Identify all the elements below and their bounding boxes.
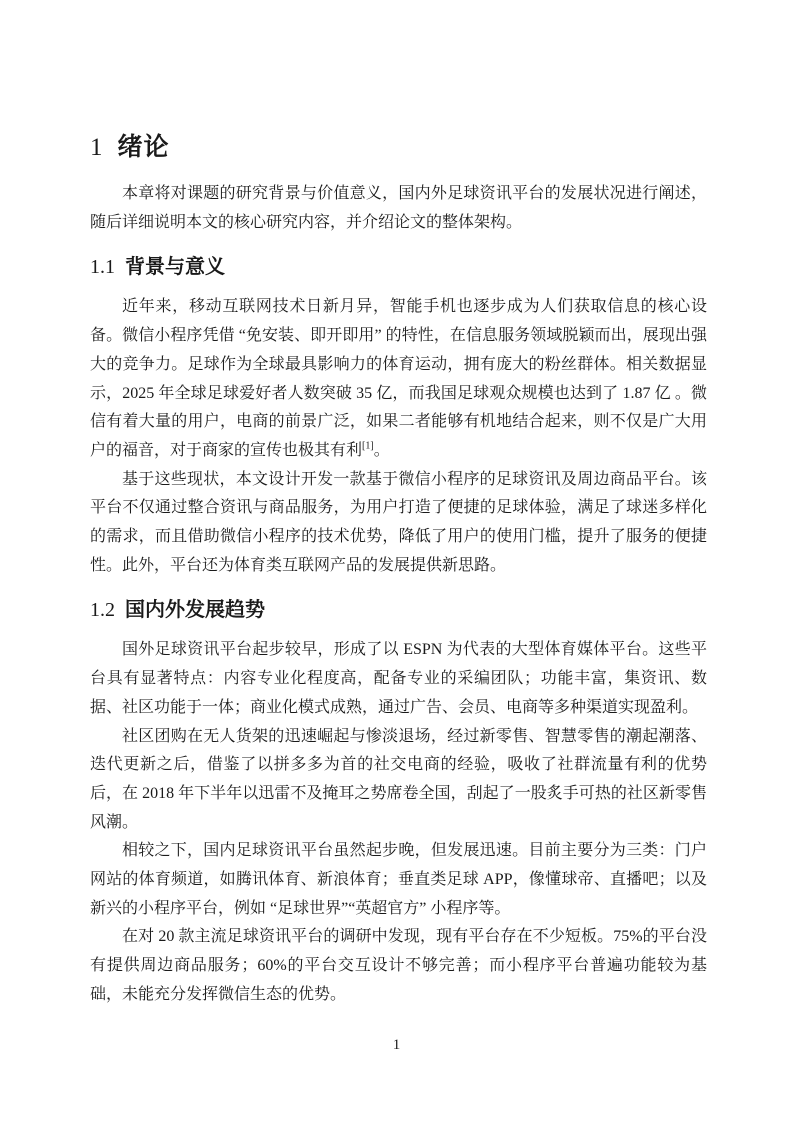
chapter-number: 1 [90,134,104,161]
section-1-1-paragraph-1: 近年来，移动互联网技术日新月异，智能手机也逐步成为人们获取信息的核心设备。微信小… [90,293,707,465]
section-1-2-heading: 1.2国内外发展趋势 [90,596,707,624]
section-1-2-title-text: 国内外发展趋势 [125,599,265,621]
chapter-intro-paragraph: 本章将对课题的研究背景与价值意义，国内外足球资讯平台的发展状况进行阐述，随后详细… [90,180,707,237]
section-1-2-paragraph-4: 在对 20 款主流足球资讯平台的调研中发现，现有平台存在不少短板。75%的平台没… [90,923,707,1009]
section-1-2-paragraph-2: 社区团购在无人货架的迅速崛起与惨淡退场，经过新零售、智慧零售的潮起潮落、迭代更新… [90,723,707,838]
paragraph-text: 近年来，移动互联网技术日新月异，智能手机也逐步成为人们获取信息的核心设备。微信小… [90,298,707,459]
citation-ref-1: [1] [362,441,374,452]
section-1-1-heading: 1.1背景与意义 [90,253,707,281]
section-1-1-title-text: 背景与意义 [125,256,225,278]
chapter-heading: 1绪论 [90,130,707,165]
page-number: 1 [393,1037,401,1053]
page-footer: 1 [0,1036,793,1054]
section-1-2-paragraph-1: 国外足球资讯平台起步较早，形成了以 ESPN 为代表的大型体育媒体平台。这些平台… [90,636,707,722]
paragraph-text: 。 [374,442,390,459]
section-1-1-paragraph-2: 基于这些现状，本文设计开发一款基于微信小程序的足球资讯及周边商品平台。该平台不仅… [90,466,707,581]
document-page: 1绪论 本章将对课题的研究背景与价值意义，国内外足球资讯平台的发展状况进行阐述，… [0,0,793,1122]
section-1-1-number: 1.1 [90,256,115,278]
chapter-title-text: 绪论 [118,133,170,161]
page-content: 1绪论 本章将对课题的研究背景与价值意义，国内外足球资讯平台的发展状况进行阐述，… [90,0,707,1010]
section-1-2-number: 1.2 [90,599,115,621]
section-1-2-paragraph-3: 相较之下，国内足球资讯平台虽然起步晚，但发展迅速。目前主要分为三类：门户网站的体… [90,837,707,923]
